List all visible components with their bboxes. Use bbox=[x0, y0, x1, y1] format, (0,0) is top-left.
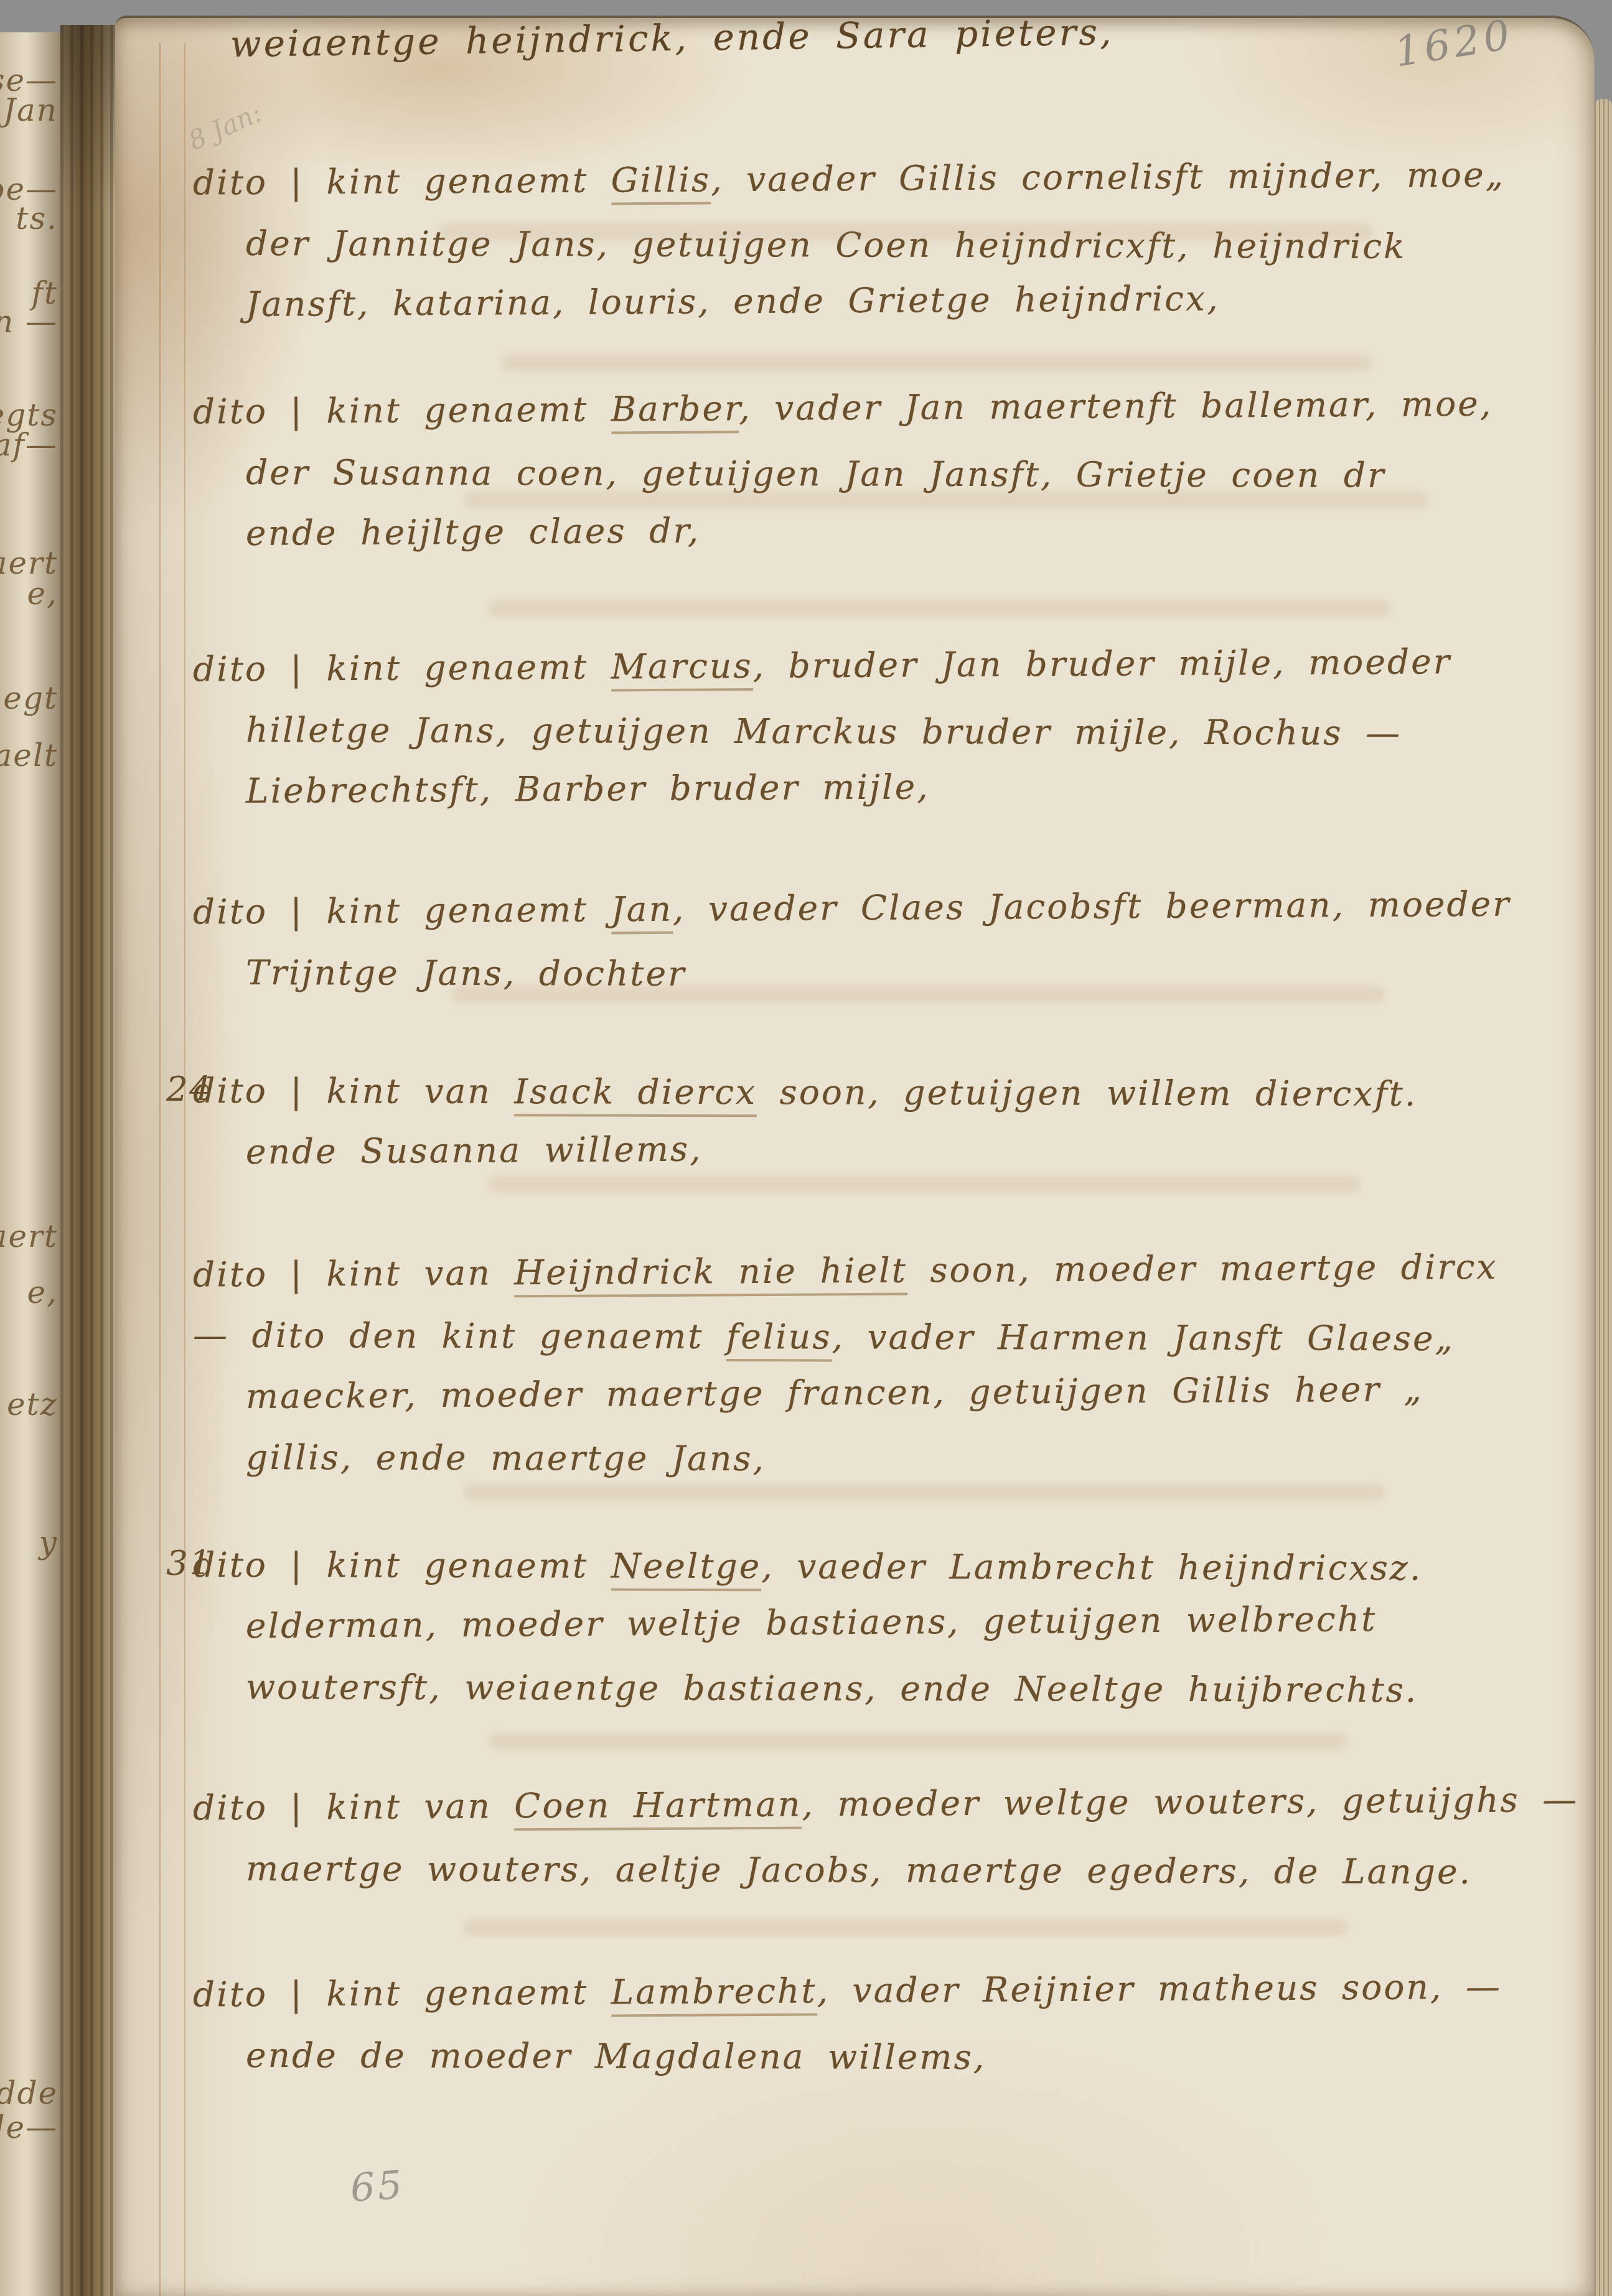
child-name-underlined: Heijndrick nie hielt bbox=[514, 1251, 907, 1298]
left-page-fragment: de— bbox=[0, 2109, 58, 2145]
entry-text: der Susanna coen, getuijgen Jan Jansft, … bbox=[246, 452, 1385, 495]
entry-line: maecker, moeder maertge francen, getuijg… bbox=[246, 1358, 1603, 1427]
bleedthrough-smudge bbox=[464, 1483, 1385, 1501]
entry-text: maecker, moeder maertge francen, getuijg… bbox=[246, 1369, 1423, 1416]
entry-text: dito | kint genaemt bbox=[193, 1545, 611, 1586]
left-page-fragment: y bbox=[39, 1524, 58, 1561]
entry-line: woutersft, weiaentge bastiaens, ende Nee… bbox=[246, 1656, 1603, 1721]
left-page-fragment: n — bbox=[0, 304, 58, 340]
entry-text: dito | kint genaemt bbox=[193, 1972, 611, 2014]
entry-text: dito | kint van bbox=[193, 1786, 515, 1827]
bleedthrough-smudge bbox=[464, 1919, 1347, 1936]
entry-text: Jansft, katarina, louris, ende Grietge h… bbox=[246, 278, 1220, 324]
page-number-pencil: 65 bbox=[349, 2162, 406, 2211]
entry-line: dito | kint genaemt Barber, vader Jan ma… bbox=[246, 373, 1603, 442]
entry-text: dito | kint van bbox=[193, 1071, 514, 1111]
entry-text: , vaeder Gillis cornelisft mijnder, moe„ bbox=[711, 155, 1505, 200]
child-name-underlined: Marcus bbox=[611, 646, 752, 691]
child-name-underlined: Barber bbox=[611, 388, 739, 434]
baptism-entry: 24dito | kint van Isack diercx soon, get… bbox=[246, 1060, 1603, 1182]
bleedthrough-smudge bbox=[489, 1175, 1360, 1193]
entry-line: dito | kint van Heijndrick nie hielt soo… bbox=[246, 1236, 1603, 1305]
left-page-fragment: egt bbox=[3, 680, 58, 716]
year-annotation-pencil: 1620 bbox=[1391, 10, 1517, 76]
entry-line: dito | kint van Coen Hartman, moeder wel… bbox=[246, 1769, 1603, 1838]
entry-text: soon, moeder maertge dircx bbox=[907, 1247, 1498, 1290]
margin-rule-line bbox=[159, 43, 161, 2296]
entry-text: soon, getuijgen willem diercxft. bbox=[757, 1072, 1418, 1114]
baptism-entry: dito | kint genaemt Jan, vaeder Claes Ja… bbox=[246, 881, 1603, 1003]
entry-line: elderman, moeder weltje bastiaens, getui… bbox=[246, 1587, 1603, 1656]
bleedthrough-smudge bbox=[439, 223, 1372, 241]
baptism-entry: dito | kint van Coen Hartman, moeder wel… bbox=[246, 1777, 1603, 1899]
left-page-fragment: e, bbox=[27, 1274, 58, 1310]
baptism-entry: dito | kint genaemt Marcus, bruder Jan b… bbox=[246, 638, 1603, 821]
entry-text: dito | kint van bbox=[193, 1253, 515, 1294]
entry-text: dito | kint genaemt bbox=[193, 160, 611, 202]
date-annotation-pencil: 8 Jan: bbox=[184, 97, 266, 156]
entry-text: ende de moeder Magdalena willems, bbox=[246, 2035, 986, 2077]
bleedthrough-smudge bbox=[489, 600, 1391, 617]
left-page-fragment: ts. bbox=[16, 200, 58, 236]
entry-text: — dito den kint genaemt bbox=[193, 1315, 726, 1356]
bleedthrough-smudge bbox=[489, 1732, 1347, 1750]
entry-line: ende Susanna willems, bbox=[246, 1113, 1603, 1182]
entry-text: dito | kint genaemt bbox=[193, 646, 611, 689]
entry-text: , moeder weltge wouters, getuijghs — bbox=[802, 1780, 1578, 1824]
entry-line: Liebrechtsft, Barber bruder mijle, bbox=[246, 752, 1603, 821]
entry-line: maertge wouters, aeltje Jacobs, maertge … bbox=[246, 1838, 1603, 1903]
child-name-underlined: Jan bbox=[611, 889, 673, 935]
entry-text: dito | kint genaemt bbox=[193, 389, 611, 431]
baptism-entry: dito | kint genaemt Gillis, vaeder Gilli… bbox=[246, 152, 1603, 335]
bleedthrough-smudge bbox=[501, 354, 1372, 371]
child-name-underlined: felius bbox=[726, 1317, 832, 1361]
left-page-fragment: etz bbox=[7, 1386, 58, 1422]
child-name-underlined: Isack diercx bbox=[514, 1071, 757, 1117]
entry-text: maertge wouters, aeltje Jacobs, maertge … bbox=[246, 1849, 1472, 1892]
baptism-entry: dito | kint genaemt Lambrecht, vader Rei… bbox=[246, 1964, 1603, 2086]
register-page: weiaentge heijndrick, ende Sara pieters,… bbox=[115, 16, 1595, 2296]
margin-rule-line bbox=[184, 43, 185, 2296]
entry-text: , vader Reijnier matheus soon, — bbox=[817, 1967, 1502, 2011]
entry-line: Jansft, katarina, louris, ende Grietge h… bbox=[246, 266, 1603, 335]
left-page-fragment: Jan bbox=[3, 92, 58, 128]
child-name-underlined: Lambrecht bbox=[611, 1971, 817, 2017]
entry-line: ende de moeder Magdalena willems, bbox=[246, 2025, 1603, 2089]
entry-line: dito | kint genaemt Marcus, bruder Jan b… bbox=[246, 630, 1603, 699]
page-header: weiaentge heijndrick, ende Sara pieters, bbox=[230, 11, 1114, 65]
entry-text: , bruder Jan bruder mijle, moeder bbox=[752, 642, 1451, 686]
entry-text: ende Susanna willems, bbox=[246, 1129, 703, 1172]
baptism-entry: 31dito | kint genaemt Neeltge, vaeder La… bbox=[246, 1534, 1603, 1717]
child-name-underlined: Coen Hartman bbox=[514, 1785, 802, 1831]
child-name-underlined: Gillis bbox=[611, 159, 711, 205]
entry-text: , vaeder Lambrecht heijndricxsz. bbox=[761, 1546, 1422, 1588]
entry-text: gillis, ende maertge Jans, bbox=[246, 1437, 766, 1478]
entry-text: , vader Jan maertenft ballemar, moe, bbox=[739, 384, 1493, 428]
entry-line: gillis, ende maertge Jans, bbox=[246, 1427, 1603, 1491]
entry-text: Liebrechtsft, Barber bruder mijle, bbox=[246, 767, 930, 811]
left-page-fragment: aert bbox=[0, 1218, 58, 1254]
left-page-fragment: af— bbox=[0, 427, 58, 463]
child-name-underlined: Neeltge bbox=[611, 1546, 762, 1592]
entry-line: dito | kint genaemt Lambrecht, vader Rei… bbox=[246, 1956, 1603, 2025]
baptism-entry: dito | kint genaemt Barber, vader Jan ma… bbox=[246, 381, 1603, 564]
left-page-fragment: dde bbox=[0, 2075, 58, 2111]
entry-text: , vaeder Claes Jacobsft beerman, moeder bbox=[673, 884, 1511, 929]
entry-text: elderman, moeder weltje bastiaens, getui… bbox=[246, 1599, 1377, 1646]
left-page-fragment: aelt bbox=[0, 737, 58, 773]
bleedthrough-smudge bbox=[451, 986, 1385, 1003]
bleedthrough-smudge bbox=[464, 491, 1428, 508]
entry-line: dito | kint genaemt Jan, vaeder Claes Ja… bbox=[246, 873, 1603, 942]
entry-line: dito | kint genaemt Gillis, vaeder Gilli… bbox=[246, 144, 1603, 213]
entry-text: , vader Harmen Jansft Glaese„ bbox=[832, 1317, 1455, 1358]
left-page-fragment: e, bbox=[27, 576, 58, 612]
entry-text: woutersft, weiaentge bastiaens, ende Nee… bbox=[246, 1667, 1418, 1710]
book-gutter bbox=[60, 25, 115, 2296]
baptism-entry: dito | kint van Heijndrick nie hielt soo… bbox=[246, 1244, 1603, 1488]
entry-text: hilletge Jans, getuijgen Marckus bruder … bbox=[246, 710, 1402, 753]
facing-page-edge: wisse—Janmoe—ts.ftn —egtsaf—aerte,egtael… bbox=[0, 32, 60, 2296]
entry-text: ende heijltge claes dr, bbox=[246, 511, 701, 553]
fore-edge bbox=[1595, 99, 1612, 2296]
entry-text: dito | kint genaemt bbox=[193, 889, 611, 931]
manuscript-photo: wisse—Janmoe—ts.ftn —egtsaf—aerte,egtael… bbox=[0, 0, 1612, 2296]
